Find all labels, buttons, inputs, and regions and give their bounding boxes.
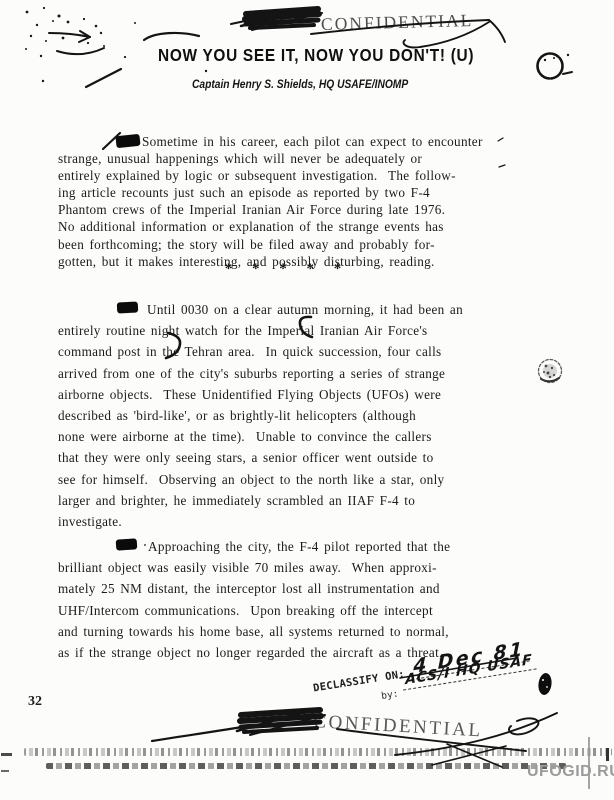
scan-noise-band (24, 748, 612, 756)
declassify-by-label: by: (381, 688, 400, 702)
text-line: arrived from one of the city's suburbs r… (58, 363, 463, 384)
text-line: that they were only seeing stars, a seni… (58, 447, 463, 468)
classification-stamp-bottom: CONFIDENTIAL (313, 711, 483, 742)
text-line: investigate. (58, 511, 463, 532)
pen-stroke (57, 48, 104, 54)
text-line: see for himself. Observing an object to … (58, 469, 463, 490)
redacted-word-scribble-top (231, 9, 322, 30)
redacted-word-scribble-bottom (152, 709, 325, 741)
pen-arrow (49, 31, 90, 42)
text-line: none were airborne at the time). Unable … (58, 426, 463, 447)
scan-artifact-tick (606, 748, 609, 761)
text-line: and turning towards his home base, all s… (58, 621, 450, 642)
watermark: UFOGID.RU (527, 763, 614, 781)
classification-stamp-top: CONFIDENTIAL (321, 10, 474, 35)
text-line: strange, unusual happenings which will n… (58, 150, 483, 167)
text-line: Phantom crews of the Imperial Iranian Ai… (58, 201, 483, 218)
text-line: Approaching the city, the F-4 pilot repo… (58, 536, 450, 557)
scan-noise-band (46, 763, 566, 769)
page-number: 32 (28, 694, 42, 710)
asterisk-separator: * * * * * (58, 261, 508, 278)
ink-blot-leaf (537, 672, 553, 695)
hand-drawn-circle (538, 54, 573, 79)
text-line: entirely explained by logic or subsequen… (58, 167, 483, 184)
text-line: larger and brighter, he immediately scra… (58, 490, 463, 511)
text-line: mately 25 NM distant, the interceptor lo… (58, 578, 450, 599)
pen-stroke (86, 69, 121, 87)
byline: Captain Henry S. Shields, HQ USAFE/INOMP (192, 77, 408, 91)
paragraph-sighting: Until 0030 on a clear autumn morning, it… (58, 299, 463, 532)
text-line: Sometime in his career, each pilot can e… (58, 133, 483, 150)
text-line: UHF/Intercom communications. Upon breaki… (58, 600, 450, 621)
pen-tick (499, 165, 505, 167)
text-line: been forthcoming; the story will be file… (58, 236, 483, 253)
scan-artifact-dash (1, 770, 9, 772)
stamp-smudge (539, 360, 562, 383)
text-line: brilliant object was easily visible 70 m… (58, 557, 450, 578)
document-page: CONFIDENTIAL NOW YOU SEE IT, NOW YOU DON… (0, 0, 614, 800)
paragraph-intro: Sometime in his career, each pilot can e… (58, 133, 483, 270)
pen-tick (498, 138, 503, 141)
pen-stroke-title-hook (144, 33, 199, 40)
text-line: ing article recounts just such an episod… (58, 184, 483, 201)
text-line: command post in the Tehran area. In quic… (58, 341, 463, 362)
text-line: airborne objects. These Unidentified Fly… (58, 384, 463, 405)
text-line: No additional information or explanation… (58, 218, 483, 235)
page-title: NOW YOU SEE IT, NOW YOU DON'T! (U) (158, 45, 474, 66)
text-line: entirely routine night watch for the Imp… (58, 320, 463, 341)
text-line: Until 0030 on a clear autumn morning, it… (58, 299, 463, 320)
text-line: described as 'bird-like', or as brightly… (58, 405, 463, 426)
scan-artifact-dash (1, 753, 12, 756)
